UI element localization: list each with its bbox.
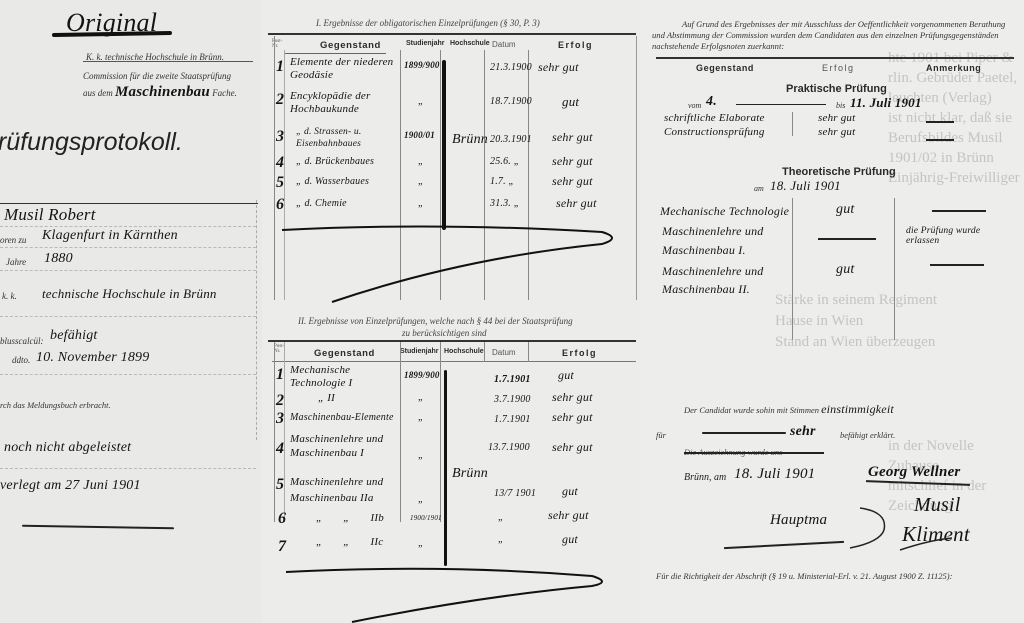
- row-year: „: [418, 494, 424, 505]
- intro-text: Auf Grund des Ergebnisses der mit Aussch…: [652, 19, 1018, 52]
- row-nr: 5: [276, 174, 284, 192]
- closing-stroke: [22, 525, 174, 530]
- row-result: gut: [562, 484, 578, 499]
- row-nr: 2: [276, 392, 284, 410]
- field-calcul-value: befähigt: [50, 328, 97, 344]
- row-subject: Maschinenlehre und Maschinenbau I: [290, 432, 402, 460]
- row-result: sehr gut: [552, 410, 593, 425]
- row-subject: Mechanische Technologie I: [290, 364, 390, 390]
- signature-loops: [840, 504, 960, 554]
- row-subject: „ „ IIb: [316, 512, 384, 524]
- row-year: 1899/900: [404, 370, 440, 380]
- row-date: 1.7.1901: [494, 374, 531, 385]
- row-nr: 2: [276, 91, 284, 109]
- field-ddto-value: 10. November 1899: [36, 350, 149, 366]
- footer-certification: Für die Richtigkeit der Abschrift (§ 19 …: [656, 571, 952, 581]
- row-year: „: [418, 412, 424, 423]
- commission-line: Commission für die zweite Staatsprüfung: [83, 71, 231, 81]
- row-nr: 6: [276, 196, 284, 214]
- row-year: „: [418, 538, 424, 549]
- row-year: „: [418, 392, 424, 403]
- verdict-line: Der Candidat wurde sohin mit Stimmen ein…: [684, 402, 894, 417]
- field-line: [0, 247, 256, 248]
- section-2-title-1: II. Ergebnisse von Einzelprüfungen, welc…: [298, 316, 573, 326]
- field-name-value: Musil Robert: [4, 205, 96, 225]
- section-2-top-rule: [268, 340, 636, 342]
- theoretische-note-dash: [932, 210, 986, 212]
- theoretische-note: die Prüfung wurde erlassen: [906, 226, 1006, 246]
- row-date: 25.6. „: [490, 156, 519, 167]
- theoretische-subject: Maschinenlehre und Maschinenbau II.: [662, 262, 792, 298]
- section-1-title: I. Ergebnisse der obligatorischen Einzel…: [316, 18, 540, 28]
- col-header-school: Hochschule: [450, 40, 490, 47]
- fields-rule: [0, 203, 258, 204]
- row-subject: Encyklopädie der Hochbaukunde: [290, 90, 400, 116]
- strike-through: [684, 452, 824, 454]
- row-subject: Maschinenlehre und Maschinenbau IIa: [290, 474, 402, 506]
- theoretische-result: gut: [836, 262, 855, 278]
- middle-page: I. Ergebnisse der obligatorischen Einzel…: [262, 0, 640, 623]
- col-header-result: Erfolg: [562, 348, 597, 358]
- row-subject: Maschinenbau-Elemente: [290, 412, 394, 423]
- bleed-line: Stand an Wien überzeugen: [775, 332, 1024, 353]
- bleed-line: ist nicht klar, daß sie: [888, 108, 1024, 128]
- praktische-note-dash: [926, 121, 954, 123]
- col-header-year: Studienjahr: [406, 40, 445, 47]
- theoretische-heading: Theoretische Prüfung: [782, 166, 896, 178]
- row-date: 1.7. „: [490, 176, 514, 187]
- date-dash: [736, 104, 826, 105]
- field-ddto-label: ddto.: [12, 355, 30, 365]
- left-page: Original K. k. technische Hochschule in …: [0, 0, 262, 623]
- bleed-line: Einjährig-Freiwilliger: [888, 168, 1024, 188]
- row-nr: 6: [278, 510, 286, 528]
- bracket-stroke: [444, 370, 447, 566]
- bleed-line: 1901/02 in Brünn: [888, 148, 1024, 168]
- row-subject: „ d. Strassen- u. Eisenbahnbaues: [296, 126, 400, 150]
- row-result: sehr gut: [548, 508, 589, 523]
- theoretische-subject: Mechanische Technologie: [660, 204, 789, 219]
- row-date: 21.3.1900: [490, 62, 532, 73]
- row-result: sehr gut: [552, 440, 593, 455]
- to-value: 11. Juli 1901: [850, 95, 922, 111]
- field-line: [0, 270, 256, 271]
- row-subject: „ II: [318, 392, 335, 404]
- field-calcul-label: blusscalcül:: [0, 336, 44, 346]
- field-school-label: k. k.: [2, 291, 17, 301]
- praktische-result: sehr gut: [818, 126, 855, 138]
- fach-value: Maschinenbau: [115, 84, 210, 100]
- field-born-label: oren zu: [0, 235, 26, 245]
- field-line: [0, 316, 256, 317]
- protocol-title: rüfungsprotokoll.: [0, 128, 183, 157]
- row-result: gut: [562, 94, 579, 110]
- field-line: [0, 374, 256, 375]
- field-school-value: technische Hochschule in Brünn: [42, 286, 217, 302]
- row-nr: 7: [278, 538, 286, 556]
- col-header-year: Studienjahr: [400, 348, 439, 355]
- closing-flourish: [262, 562, 640, 623]
- column-rule: [792, 112, 793, 136]
- row-date: „: [498, 534, 504, 545]
- row-subject: „ d. Brückenbaues: [296, 156, 374, 167]
- row-date: 31.3. „: [490, 198, 519, 209]
- fuer-dash: [702, 432, 786, 434]
- row-nr: 5: [276, 476, 284, 494]
- signature-hauptma: Hauptma: [770, 512, 827, 529]
- column-rule: [894, 198, 895, 340]
- bleed-line: Berufsbildes Musil: [888, 128, 1024, 148]
- row-result: sehr gut: [538, 60, 579, 75]
- row-year: 1900/01: [404, 130, 435, 140]
- meldungsbuch-note: rch das Meldungsbuch erbracht.: [0, 400, 111, 410]
- row-result: gut: [558, 368, 574, 383]
- header-rule: [272, 361, 636, 362]
- col-header-date: Datum: [492, 40, 516, 49]
- bleed-line: Hause in Wien: [775, 311, 1024, 332]
- field-year-label: Jahre: [6, 257, 26, 267]
- row-year: „: [418, 156, 424, 167]
- row-year: „: [418, 96, 424, 107]
- row-date: 3.7.1900: [494, 394, 531, 405]
- theoretische-date-value: 18. Juli 1901: [770, 178, 841, 194]
- closing-flourish: [262, 218, 640, 308]
- row-year: „: [418, 176, 424, 187]
- from-value: 4.: [706, 94, 717, 110]
- place-label: Brünn, am: [684, 472, 726, 483]
- col-header-subject: Gegenstand: [696, 63, 754, 73]
- col-header-subject: Gegenstand: [320, 40, 381, 51]
- row-year: „: [418, 450, 424, 461]
- bleed-through-text: Stärke in seinem Regiment Hause in Wien …: [775, 290, 1024, 353]
- place-date: 18. Juli 1901: [734, 466, 815, 483]
- row-date: 1.7.1901: [494, 414, 531, 425]
- fuer-label: für: [656, 430, 666, 440]
- verdict-prefix: Der Candidat wurde sohin mit Stimmen: [684, 405, 819, 415]
- praktische-result: sehr gut: [818, 112, 855, 124]
- row-year: 1900/1901: [410, 514, 442, 522]
- col-header-note: Anmerkung: [926, 63, 981, 73]
- from-label: vom: [688, 101, 701, 110]
- row-date: 13.7.1900: [488, 442, 530, 453]
- fach-prefix: aus dem: [83, 88, 113, 98]
- signature-flourish: [724, 541, 844, 549]
- fuer-suffix: befähigt erklärt.: [840, 430, 895, 440]
- bleed-line: Stärke in seinem Regiment: [775, 290, 1024, 311]
- row-nr: 4: [276, 440, 284, 458]
- section-2-title-2: zu berücksichtigen sind: [402, 328, 487, 338]
- to-label: bis: [836, 101, 845, 110]
- row-result: sehr gut: [552, 174, 593, 189]
- col-header-result: Erfolg: [822, 63, 855, 73]
- hochschule-value: Brünn: [452, 466, 488, 482]
- header-rule: [284, 53, 386, 54]
- field-born-value: Klagenfurt in Kärnthen: [42, 228, 178, 244]
- theoretische-result-dash: [818, 238, 876, 240]
- row-year: „: [418, 198, 424, 209]
- row-nr: 4: [276, 154, 284, 172]
- column-rule: [792, 198, 793, 340]
- row-nr: 3: [276, 410, 284, 428]
- institution-rule: [83, 61, 253, 62]
- col-header-date: Datum: [492, 348, 516, 357]
- row-result: sehr gut: [556, 196, 597, 211]
- theoretische-result: gut: [836, 202, 855, 218]
- intro-rule: [656, 57, 1014, 59]
- right-page: hte 1901 bei Piper & rlin. Gebrüder Paet…: [640, 0, 1024, 623]
- row-date: 18.7.1900: [490, 96, 532, 107]
- row-subject: „ d. Chemie: [296, 198, 347, 209]
- row-date: „: [498, 512, 504, 523]
- col-header-school: Hochschule: [444, 348, 484, 355]
- col-header-subject: Gegenstand: [314, 348, 375, 359]
- fuer-value: sehr: [790, 424, 816, 440]
- theoretische-note-dash: [930, 264, 984, 266]
- fach-suffix: Fache.: [212, 88, 237, 98]
- col-header-nr: Post-Nr.: [274, 344, 288, 354]
- row-result: gut: [562, 532, 578, 547]
- field-line: [0, 226, 256, 227]
- row-nr: 1: [276, 366, 284, 384]
- field-line: [0, 468, 256, 469]
- hochschule-value: Brünn: [452, 132, 488, 148]
- row-date: 13/7 1901: [494, 488, 536, 499]
- row-subject: „ d. Wasserbaues: [296, 176, 369, 187]
- praktische-heading: Praktische Prüfung: [786, 83, 887, 95]
- praktische-subject: Constructionsprüfung: [664, 126, 765, 138]
- verdict-value: einstimmigkeit: [821, 402, 894, 416]
- theoretische-subject: Maschinenlehre und Maschinenbau I.: [662, 222, 792, 260]
- row-result: sehr gut: [552, 130, 593, 145]
- postponed-note: verlegt am 27 Juni 1901: [0, 478, 141, 494]
- row-result: sehr gut: [552, 154, 593, 169]
- row-result: sehr gut: [552, 390, 593, 405]
- theoretische-date-label: am: [754, 184, 764, 193]
- row-nr: 1: [276, 58, 284, 76]
- military-note: noch nicht abgeleistet: [4, 440, 131, 456]
- praktische-note-dash: [926, 139, 954, 141]
- col-header-result: Erfolg: [558, 40, 593, 50]
- left-page-right-rule: [256, 200, 258, 440]
- row-year: 1899/900: [404, 60, 440, 70]
- praktische-subject: schriftliche Elaborate: [664, 112, 765, 124]
- row-subject: Elemente der niederen Geodäsie: [290, 56, 400, 82]
- row-nr: 3: [276, 128, 284, 146]
- row-date: 20.3.1901: [490, 134, 532, 145]
- row-subject: „ „ IIc: [316, 536, 383, 548]
- bracket-stroke: [442, 60, 446, 230]
- field-year-value: 1880: [44, 251, 73, 267]
- fach-line: aus dem Maschinenbau Fache.: [83, 84, 237, 101]
- signature-wellner: Georg Wellner: [868, 464, 960, 481]
